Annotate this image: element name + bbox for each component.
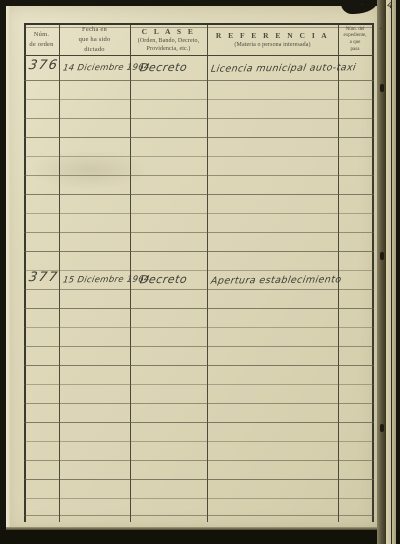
header-line: pasa xyxy=(351,47,360,54)
header-subtitle: (Orden, Bando, Decreto, xyxy=(138,37,199,45)
ruled-line xyxy=(24,460,374,461)
column-divider xyxy=(338,23,339,522)
photo-background-bottom xyxy=(0,530,400,544)
ruled-line xyxy=(24,194,374,195)
ruled-line xyxy=(24,498,374,499)
ruled-line xyxy=(24,80,374,81)
ruled-line xyxy=(24,251,374,252)
ruled-line xyxy=(24,270,374,271)
ruled-line xyxy=(24,232,374,233)
entry-row-class: Decreto xyxy=(139,61,188,74)
page-left-edge xyxy=(6,6,10,530)
binding-nick xyxy=(380,84,384,92)
entry-row-number: 377 xyxy=(28,270,60,285)
header-title: R E F E R E N C I A xyxy=(216,31,329,42)
header-line: dictado xyxy=(84,45,105,55)
table-left-border xyxy=(24,23,26,522)
header-line: expediente, xyxy=(344,33,367,40)
header-line: Núm. del xyxy=(346,27,365,34)
header-bottom-border xyxy=(24,55,374,56)
entry-row-date: 15 Diciembre 1964 xyxy=(62,275,150,286)
ruled-line xyxy=(24,479,374,480)
header-line: de orden xyxy=(29,40,53,50)
photo-background-top xyxy=(0,0,400,6)
header-subtitle: Providencia, etc.) xyxy=(147,45,191,53)
binding-nick xyxy=(380,252,384,260)
column-header-fecha: Fecha en que ha sido dictado xyxy=(59,25,130,55)
ruled-line xyxy=(24,99,374,100)
column-divider xyxy=(207,23,208,522)
ruled-line xyxy=(24,308,374,309)
ruled-line xyxy=(24,422,374,423)
column-header-referencia: R E F E R E N C I A (Materia o persona i… xyxy=(207,25,338,55)
scanned-ledger-photo: Núm. de orden Fecha en que ha sido dicta… xyxy=(0,0,400,544)
ruled-line xyxy=(24,346,374,347)
ruled-line xyxy=(24,213,374,214)
entry-row-reference: Licencia municipal auto-taxi xyxy=(210,62,357,75)
column-header-num-orden: Núm. de orden xyxy=(24,25,59,55)
ruled-line xyxy=(24,118,374,119)
page-gutter-shadow xyxy=(377,0,386,544)
table-right-border xyxy=(372,23,374,522)
ruled-line xyxy=(24,156,374,157)
entry-row-class: Decreto xyxy=(139,273,188,286)
header-line: Núm. xyxy=(34,30,49,40)
entry-row-number: 376 xyxy=(28,58,60,73)
header-subtitle: (Materia o persona interesada) xyxy=(234,41,310,49)
header-line: que ha sido xyxy=(79,35,111,45)
header-line: Fecha en xyxy=(82,25,107,35)
header-title: C L A S E xyxy=(142,27,196,38)
ruled-line xyxy=(24,515,374,516)
ruled-line xyxy=(24,289,374,290)
adjacent-page-edge-line xyxy=(391,0,392,544)
entry-row-reference: Apertura establecimiento xyxy=(210,274,342,286)
photo-background-left xyxy=(0,0,6,544)
ruled-line xyxy=(24,403,374,404)
ruled-line xyxy=(24,327,374,328)
ruled-line xyxy=(24,137,374,138)
header-line: a que xyxy=(350,40,361,47)
binding-nick xyxy=(380,424,384,432)
entry-row-date: 14 Diciembre 1964 xyxy=(62,63,150,74)
ruled-line xyxy=(24,441,374,442)
ruled-line xyxy=(24,175,374,176)
column-header-clase: C L A S E (Orden, Bando, Decreto, Provid… xyxy=(130,25,207,55)
registry-table: Núm. de orden Fecha en que ha sido dicta… xyxy=(24,23,374,522)
column-divider xyxy=(130,23,131,522)
ruled-line xyxy=(24,365,374,366)
column-header-expediente: Núm. del expediente, a que pasa xyxy=(338,25,372,55)
ruled-line xyxy=(24,384,374,385)
